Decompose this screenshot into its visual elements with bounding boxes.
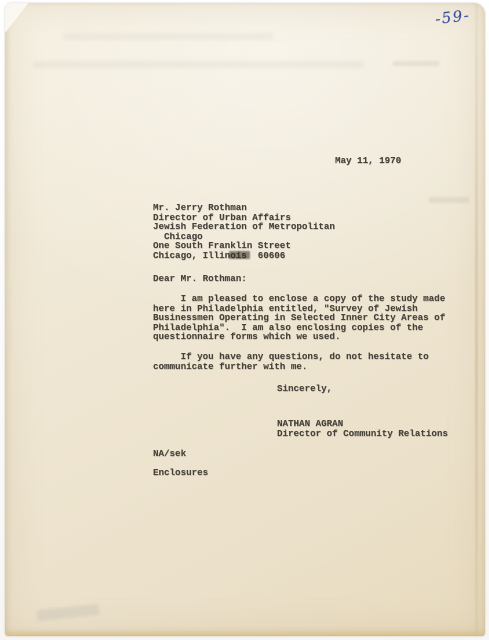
body-paragraph-2: If you have any questions, do not hesita… <box>153 352 429 371</box>
paper-right-crease <box>475 3 478 636</box>
salutation: Dear Mr. Rothman: <box>153 274 247 284</box>
erased-text-smudge <box>33 61 363 68</box>
faint-mark <box>393 61 439 66</box>
pencil-smudge <box>37 604 100 621</box>
faint-mark <box>429 197 469 203</box>
reference-initials: NA/sek <box>153 449 186 459</box>
body-paragraph-1: I am pleased to enclose a copy of the st… <box>153 294 445 342</box>
paper-corner-fold <box>5 3 31 43</box>
typewriter-overstrike <box>229 251 250 259</box>
signature-block: NATHAN AGRANDirector of Community Relati… <box>277 419 448 438</box>
paper-bottom-edge <box>5 630 485 636</box>
closing: Sincerely, <box>277 384 332 394</box>
scan-background: -59- May 11, 1970 Mr. Jerry RothmanDirec… <box>0 0 489 640</box>
enclosures-note: Enclosures <box>153 468 208 478</box>
erased-text-smudge <box>63 33 273 40</box>
letter-page: -59- May 11, 1970 Mr. Jerry RothmanDirec… <box>5 3 485 636</box>
handwritten-page-number: -59- <box>434 6 471 28</box>
letter-date: May 11, 1970 <box>335 156 401 166</box>
